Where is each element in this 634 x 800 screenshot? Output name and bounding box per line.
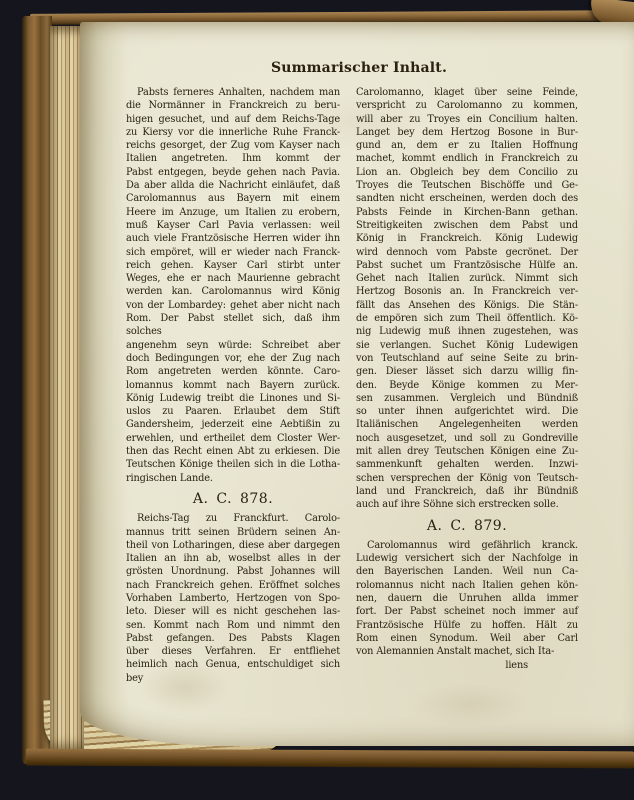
- text-line: Da aber allda die Nachricht einläufet, d…: [126, 179, 340, 192]
- text-line: sammenkunft gehalten werden. Inzwi-: [356, 458, 578, 471]
- text-line: de empören sich zum Theil öffentlich. Kö…: [356, 312, 578, 325]
- text-line: auch auf ihre Söhne sich erstrecken soll…: [356, 498, 578, 511]
- text-line: König in Franckreich. König Ludewig: [356, 232, 578, 245]
- text-line: Italien angetreten. Ihm kommt der: [126, 152, 340, 165]
- photo-background: Summarischer Inhalt. Pabsts ferneres Anh…: [0, 0, 634, 800]
- text-line: Teutschen Könige theilen sich in die Lot…: [126, 458, 340, 471]
- text-line: Pabst gefangen. Des Pabsts Klagen: [126, 632, 340, 645]
- text-line: sen. Kommt nach Rom und nimmt den: [126, 619, 340, 632]
- text-line: Vorhaben Lamberto, Hertzogen von Spo-: [126, 592, 340, 605]
- text-line: schen versprechen der König von Teutsch-: [356, 472, 578, 485]
- text-line: wird dennoch vom Pabste gecrönet. Der: [356, 246, 578, 259]
- page-stain: [410, 682, 530, 728]
- text-line: ringischen Lande.: [126, 472, 340, 485]
- text-line: über dieses Verfahren. Er entfliehet: [126, 645, 340, 658]
- text-line: heimlich nach Genua, entschuldiget sich …: [126, 658, 340, 685]
- text-line: mit allen drey Teutschen Königen eine Zu…: [356, 445, 578, 458]
- text-line: die Normänner in Franckreich zu beru-: [126, 99, 340, 112]
- text-line: Hertzog Bosonis an. In Franckreich ver-: [356, 285, 578, 298]
- text-line: muß Kayser Carl Pavia verlassen: weil: [126, 219, 340, 232]
- text-line: lomannus kommt nach Bayern zurück.: [126, 379, 340, 392]
- text-line: Lion an. Obgleich bey dem Concilio zu: [356, 166, 578, 179]
- text-line: Pabsts Feinde in Kirchen-Bann gethan.: [356, 206, 578, 219]
- text-line: leto. Dieser will es nicht geschehen las…: [126, 605, 340, 618]
- text-line: Rom angetreten werden könnte. Caro-: [126, 365, 340, 378]
- text-line: von Teutschland auf seine Seite zu brin-: [356, 352, 578, 365]
- paragraph: Reichs-Tag zu Franckfurt. Carolo-mannus …: [126, 512, 340, 685]
- text-line: Carolomanno, klaget über seine Feinde,: [356, 86, 578, 99]
- text-line: Troyes die Teutschen Bischöffe und Ge-: [356, 179, 578, 192]
- text-line: Rom einen Synodum. Weil aber Carl: [356, 632, 578, 645]
- text-line: fällt das Ansehen des Königs. Die Stän-: [356, 299, 578, 312]
- text-line: nig Ludewig muß ihnen zugestehen, was: [356, 325, 578, 338]
- text-column-left: Pabsts ferneres Anhalten, nachdem mandie…: [126, 86, 340, 685]
- text-line: Gehet nach Italien zurück. Nimmt sich: [356, 272, 578, 285]
- text-line: grösten Unordnung. Pabst Johannes will: [126, 565, 340, 578]
- text-line: Italien an ihn ab, woselbst alles in der: [126, 552, 340, 565]
- text-line: von der Lombardey: gehet aber nicht nach: [126, 299, 340, 312]
- text-line: so unter ihnen aufgerichtet wird. Die: [356, 405, 578, 418]
- book-page: Summarischer Inhalt. Pabsts ferneres Anh…: [80, 22, 634, 746]
- text-line: verspricht zu Carolomanno zu kommen,: [356, 99, 578, 112]
- text-line: machet, kommt endlich in Franckreich zu: [356, 152, 578, 165]
- book-cover-left-board: [22, 16, 52, 764]
- section-heading: A. C. 878.: [126, 493, 340, 506]
- text-line: Pabst entgegen, beyde gehen nach Pavia.: [126, 166, 340, 179]
- running-head: Summarischer Inhalt.: [209, 60, 509, 76]
- text-line: theil von Lotharingen, diese aber dargeg…: [126, 539, 340, 552]
- text-line: nach Franckreich gehen. Eröffnet solches: [126, 579, 340, 592]
- text-line: von Alemannien Anstalt machet, sich Ita-: [356, 645, 578, 658]
- paragraph: Pabsts ferneres Anhalten, nachdem mandie…: [126, 86, 340, 485]
- text-line: sandten nicht erscheinen, werden doch de…: [356, 192, 578, 205]
- text-line: noch ausgesetzet, und soll zu Gondrevill…: [356, 432, 578, 445]
- text-line: nen, dauern die Unruhen allda immer: [356, 592, 578, 605]
- text-line: land und Franckreich, daß ihr Bündniß: [356, 485, 578, 498]
- text-line: zu Kiersy vor die innerliche Ruhe Franck…: [126, 126, 340, 139]
- text-line: then das Recht einen Abt zu erkiesen. Di…: [126, 445, 340, 458]
- text-line: Gandersheim, jederzeit eine Aebtißin zu: [126, 418, 340, 431]
- text-line: Langet bey dem Hertzog Bosone in Bur-: [356, 126, 578, 139]
- text-line: König Ludewig treibt die Linones und Si-: [126, 392, 340, 405]
- text-line: fort. Der Pabst scheinet noch immer auf: [356, 605, 578, 618]
- text-line: reichs gesorget, der Zug vom Kayser nach: [126, 139, 340, 152]
- text-line: auch viele Frantzösische Herren wider ih…: [126, 232, 340, 245]
- text-line: Ludewig versichert sich der Nachfolge in: [356, 552, 578, 565]
- text-line: Rom. Der Pabst stellet sich, daß ihm sol…: [126, 312, 340, 339]
- text-line: reich gehen. Kayser Carl stirbt unter: [126, 259, 340, 272]
- text-line: werden kan. Carolomannus wird König: [126, 285, 340, 298]
- catchword: liens: [356, 659, 578, 672]
- text-line: doch Bedingungen vor, ehe der Zug nach: [126, 352, 340, 365]
- page-stack-left-edges: [50, 26, 84, 752]
- text-line: Heere im Anzuge, um Italien zu erobern,: [126, 206, 340, 219]
- text-line: gund an, dem er zu Italien Hoffnung: [356, 139, 578, 152]
- text-line: uslos zu Paaren. Erlaubet dem Stift: [126, 405, 340, 418]
- text-line: Weges, ehe er nach Maurienne gebracht: [126, 272, 340, 285]
- text-line: will aber zu Troyes ein Concilium halten…: [356, 113, 578, 126]
- paragraph: Carolomanno, klaget über seine Feinde,ve…: [356, 86, 578, 512]
- text-line: Frantzösische Hülfe zu hoffen. Hält zu: [356, 619, 578, 632]
- text-line: gen. Dieser lässet sich darzu willig fin…: [356, 365, 578, 378]
- paragraph: Carolomannus wird gefährlich kranck.Lude…: [356, 539, 578, 659]
- text-line: den Bayerischen Landen. Weil nun Ca-: [356, 565, 578, 578]
- text-line: Pabst suchet um Frantzösische Hülfe an.: [356, 259, 578, 272]
- text-line: Pabsts ferneres Anhalten, nachdem man: [126, 86, 340, 99]
- text-line: Carolomannus wird gefährlich kranck.: [356, 539, 578, 552]
- text-line: sie verlangen. Suchet König Ludewigen: [356, 339, 578, 352]
- text-line: erwehlen, und ertheilet dem Closter Wer-: [126, 432, 340, 445]
- text-line: mannus tritt seinen Brüdern seinen An-: [126, 526, 340, 539]
- book-cover-bottom-edge: [26, 749, 634, 769]
- text-line: Reichs-Tag zu Franckfurt. Carolo-: [126, 512, 340, 525]
- text-column-right: Carolomanno, klaget über seine Feinde,ve…: [356, 86, 578, 673]
- text-line: sich empöret, will er wieder nach Franck…: [126, 246, 340, 259]
- section-heading: A. C. 879.: [356, 520, 578, 533]
- text-line: Carolomannus aus Bayern mit einem: [126, 192, 340, 205]
- text-line: higen gesuchet, und auf dem Reichs-Tage: [126, 113, 340, 126]
- text-line: den. Beyde Könige kommen zu Mer-: [356, 379, 578, 392]
- text-line: rolomannus nicht nach Italien gehen kön-: [356, 579, 578, 592]
- text-line: angenehm seyn würde: Schreibet aber: [126, 339, 340, 352]
- text-line: sen zusammen. Vergleich und Bündniß: [356, 392, 578, 405]
- text-line: Italiänischen Angelegenheiten werden: [356, 418, 578, 431]
- text-line: Streitigkeiten zwischen dem Pabst und: [356, 219, 578, 232]
